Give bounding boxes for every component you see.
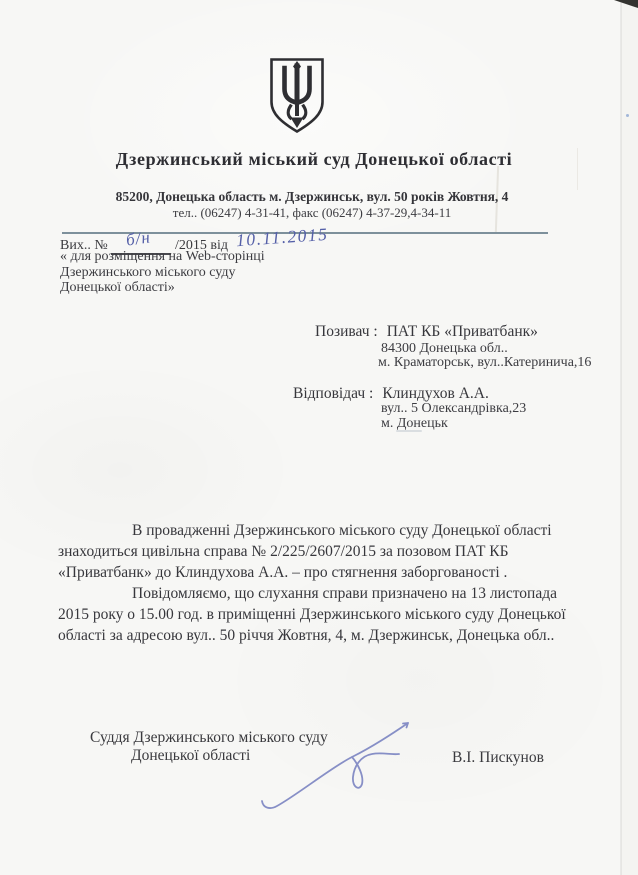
judge-signature-icon — [250, 700, 420, 818]
judge-name: В.І. Пискунов — [452, 749, 544, 767]
court-address: 85200, Донецька область м. Дзержинськ, в… — [0, 189, 624, 205]
ink-speck — [626, 114, 629, 117]
judge-title-line: Донецької області — [131, 747, 250, 765]
plaintiff-row: Позивач :ПАТ КБ «Приватбанк» — [315, 323, 538, 341]
plaintiff-label: Позивач : — [315, 323, 378, 340]
tryzub-emblem-icon — [268, 57, 326, 135]
plaintiff-name: ПАТ КБ «Приватбанк» — [387, 323, 538, 340]
web-note-line: Дзержинського міського суду — [60, 265, 265, 281]
defendant-address-line: м. Донецьк — [381, 416, 448, 432]
body-paragraph: Повідомляємо, що слухання справи признач… — [58, 583, 585, 646]
court-title: Дзержинський міський суд Донецької облас… — [0, 149, 628, 170]
defendant-name: Клиндухов А.А. — [382, 385, 489, 402]
handwritten-date: 10.11.2015 — [235, 224, 329, 251]
web-note-line: « для розміщення на Web-сторінці — [60, 249, 265, 265]
handwritten-outgoing-number: б/н — [125, 227, 152, 250]
scan-edge-seam — [620, 0, 622, 875]
plaintiff-address-line: м. Краматорськ, вул..Катеринича,16 — [378, 355, 591, 371]
letter-body: В провадженні Дзержинського міського суд… — [58, 520, 585, 646]
web-note-line: Донецької області» — [60, 280, 265, 296]
scanned-court-letter: Дзержинський міський суд Донецької облас… — [0, 0, 638, 875]
defendant-label: Відповідач : — [293, 385, 373, 402]
scan-edge-band — [621, 0, 638, 875]
body-paragraph: В провадженні Дзержинського міського суд… — [58, 520, 585, 583]
defendant-address-line: вул.. 5 Олександрівка,23 — [381, 401, 526, 417]
court-phone-fax: тел.. (06247) 4-31-41, факс (06247) 4-37… — [0, 205, 624, 221]
web-publication-note: « для розміщення на Web-сторінці Дзержин… — [60, 249, 265, 296]
